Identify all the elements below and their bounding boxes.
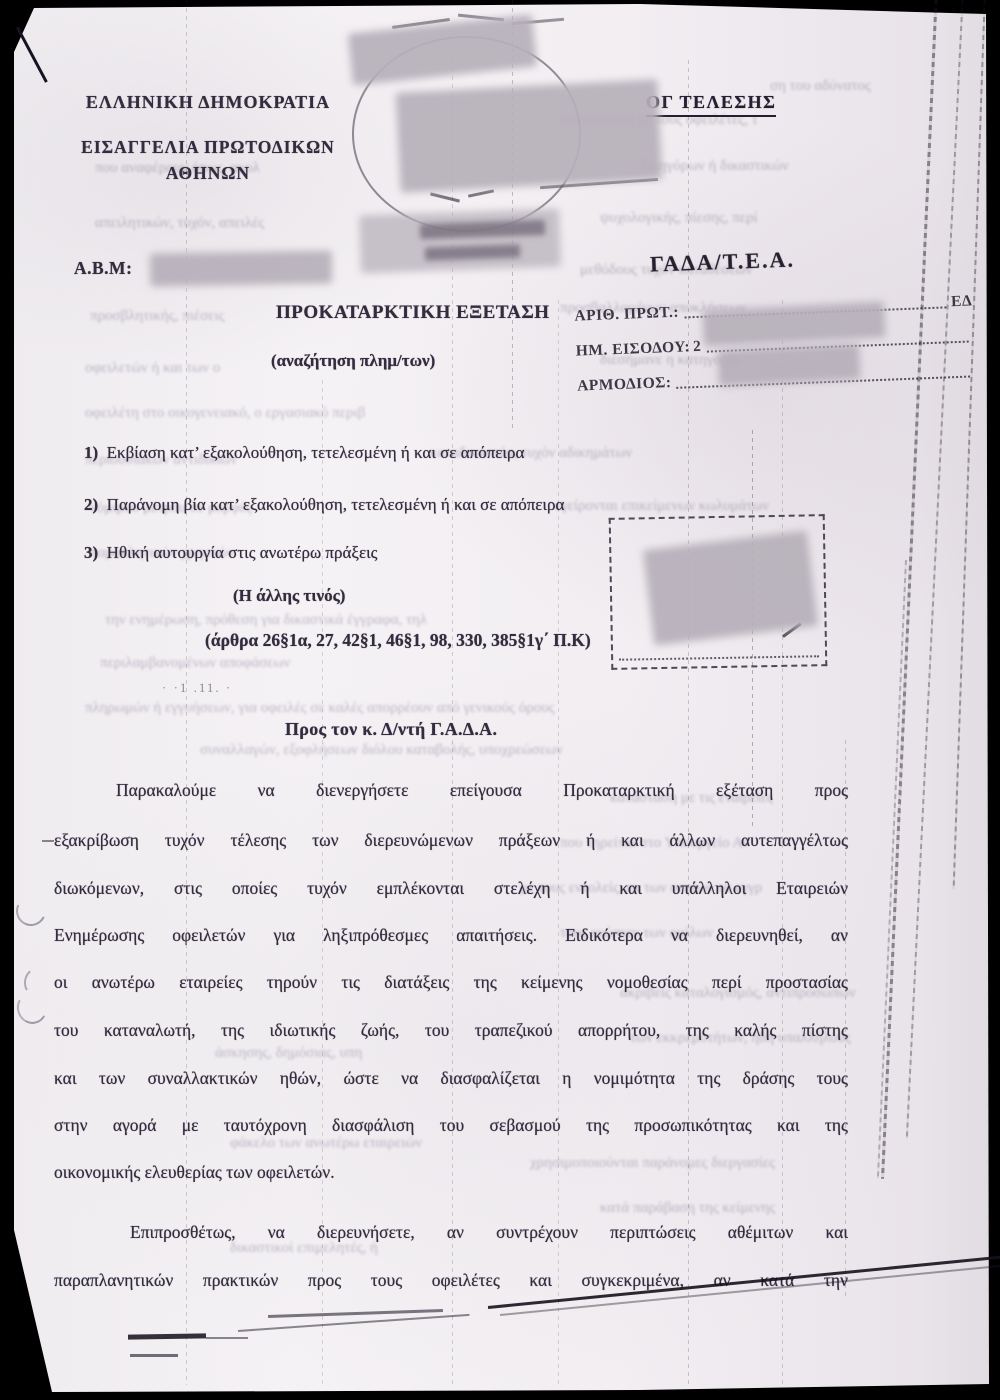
entry-date-label: ΗΜ. ΕΙΣΟΔΟΥ: <box>575 338 690 360</box>
body-line: εξακρίβωση τυχόν τέλεσης των διερευνώμεν… <box>54 830 848 851</box>
alternative-charge: (Η άλλης τινός) <box>233 586 345 606</box>
body-line: και των συναλλακτικών ηθών, ώστε να διασ… <box>54 1068 848 1089</box>
bleedthrough-text: πληρωμών ή εγγυήσεων, για οφειλές σε καλ… <box>85 700 555 717</box>
body-line: του καταναλωτή, της ιδιωτικής ζωής, του … <box>54 1020 848 1041</box>
body-line: Παρακαλούμε να διενεργήσετε επείγουσα Πρ… <box>54 780 848 801</box>
redaction-box <box>150 250 333 286</box>
body-line: Επιπροσθέτως, να διερευνήσετε, αν συντρέ… <box>54 1222 848 1243</box>
urgency-stamp-fragment: ΟΓ ΤΕΛΕΣΗΣ <box>646 92 776 117</box>
scan-dash-artifact <box>42 840 54 842</box>
bleedthrough-text: προσβλητικής, πιέσεις <box>90 308 224 325</box>
charge-text: Εκβίαση κατ’ εξακολούθηση, τετελεσμένη ή… <box>107 443 525 462</box>
body-line: οι ανωτέρω εταιρείες τηρούν τις διατάξει… <box>54 972 848 993</box>
body-line: οικονομικής ελευθερίας των οφειλετών. <box>54 1162 848 1183</box>
abm-label: Α.Β.Μ: <box>74 258 132 279</box>
body-line: Ενημέρωσης οφειλετών για ληξιπρόθεσμες α… <box>54 925 848 946</box>
letterhead-line: ΕΙΣΑΓΓΕΛΙΑ ΠΡΩΤΟΔΙΚΩΝ <box>56 137 360 158</box>
charge-number: 3) <box>84 543 98 562</box>
bleedthrough-text: άσκησης, δημόσιας, υπη <box>215 1045 362 1062</box>
charge-text: Ηθική αυτουργία στις ανωτέρω πράξεις <box>107 543 378 562</box>
bleedthrough-text: δικηγόρων ή δικαστικών <box>640 158 789 175</box>
document-subtitle: (αναζήτηση πλημ/των) <box>271 351 435 371</box>
letterhead-line: ΑΘΗΝΩΝ <box>56 163 360 184</box>
charge-number: 1) <box>84 443 98 462</box>
bleedthrough-text: απειλητικών, τυχόν, απειλές <box>95 215 264 232</box>
bleedthrough-text: ψυχολογικής, πίεσης, περί <box>600 210 758 227</box>
redaction-box <box>396 79 663 193</box>
charge-item: 1) Εκβίαση κατ’ εξακολούθηση, τετελεσμέν… <box>84 443 524 463</box>
letterhead-line: ΕΛΛΗΝΙΚΗ ΔΗΜΟΚΡΑΤΙΑ <box>56 92 360 113</box>
bleedthrough-text: οφειλετών ή και των ο <box>85 360 220 377</box>
redaction-box <box>643 530 818 645</box>
protocol-suffix: ΕΔ <box>951 292 973 311</box>
charge-text: Παράνομη βία κατ’ εξακολούθηση, τετελεσμ… <box>107 495 565 514</box>
body-line: στην αγορά με ταυτόχρονη διασφάλιση του … <box>54 1115 848 1136</box>
charge-number: 2) <box>84 495 98 514</box>
bleedthrough-text: φάκελο των ανωτέρω εταιρειών <box>230 1135 422 1152</box>
marginal-marks: · ·1 .11. · <box>162 680 232 696</box>
bleedthrough-text: συναλλαγών, εξοφλήσεων διόλου καταβολής,… <box>200 742 563 759</box>
articles-line: (άρθρα 26§1α, 27, 42§1, 46§1, 98, 330, 3… <box>205 630 591 651</box>
assignee-label: ΑΡΜΟΔΙΟΣ: <box>577 374 672 396</box>
bleedthrough-text: οφειλέτη στο οικογενειακό, ο εργασιακό π… <box>85 405 365 422</box>
document-title: ΠΡΟΚΑΤΑΡΚΤΙΚΗ ΕΞΕΤΑΣΗ <box>276 302 550 324</box>
charge-item: 3) Ηθική αυτουργία στις ανωτέρω πράξεις <box>84 543 377 563</box>
addressee-line: Προς τον κ. Δ/ντή Γ.Α.Δ.Α. <box>285 719 497 740</box>
bleedthrough-text: την ενημέρωση, πρόθεση για δικαστικά έγγ… <box>105 612 427 629</box>
redaction-box <box>359 209 561 274</box>
entry-date-value: 2 <box>693 338 702 356</box>
protocol-label: ΑΡΙΘ. ΠΡΩΤ.: <box>574 304 679 326</box>
charge-item: 2) Παράνομη βία κατ’ εξακολούθηση, τετελ… <box>84 495 564 515</box>
letterhead: ΕΛΛΗΝΙΚΗ ΔΗΜΟΚΡΑΤΙΑ ΕΙΣΑΓΓΕΛΙΑ ΠΡΩΤΟΔΙΚΩ… <box>56 92 360 184</box>
scan-dash-artifact <box>206 1337 248 1339</box>
bleedthrough-text: περιλαμβανομένων αποφάσεων <box>100 655 290 672</box>
scan-dash-artifact <box>130 1354 178 1357</box>
body-line: διωκόμενων, στις οποίες τυχόν εμπλέκοντα… <box>54 878 848 899</box>
redaction-box <box>717 343 861 386</box>
bleedthrough-text: ση του αδύνατος <box>770 78 871 95</box>
body-line: παραπλανητικών πρακτικών προς τους οφειλ… <box>54 1270 848 1291</box>
scanned-document-page: ση του αδύνατος συνεννόηση με τους οφειλ… <box>0 0 1000 1400</box>
unit-stamp: ΓΑΔΑ/Τ.Ε.Α. <box>650 246 796 277</box>
dotted-line <box>619 655 819 660</box>
bleedthrough-text: εγείρονται επικείμενων κωλυμάτων <box>555 498 769 515</box>
